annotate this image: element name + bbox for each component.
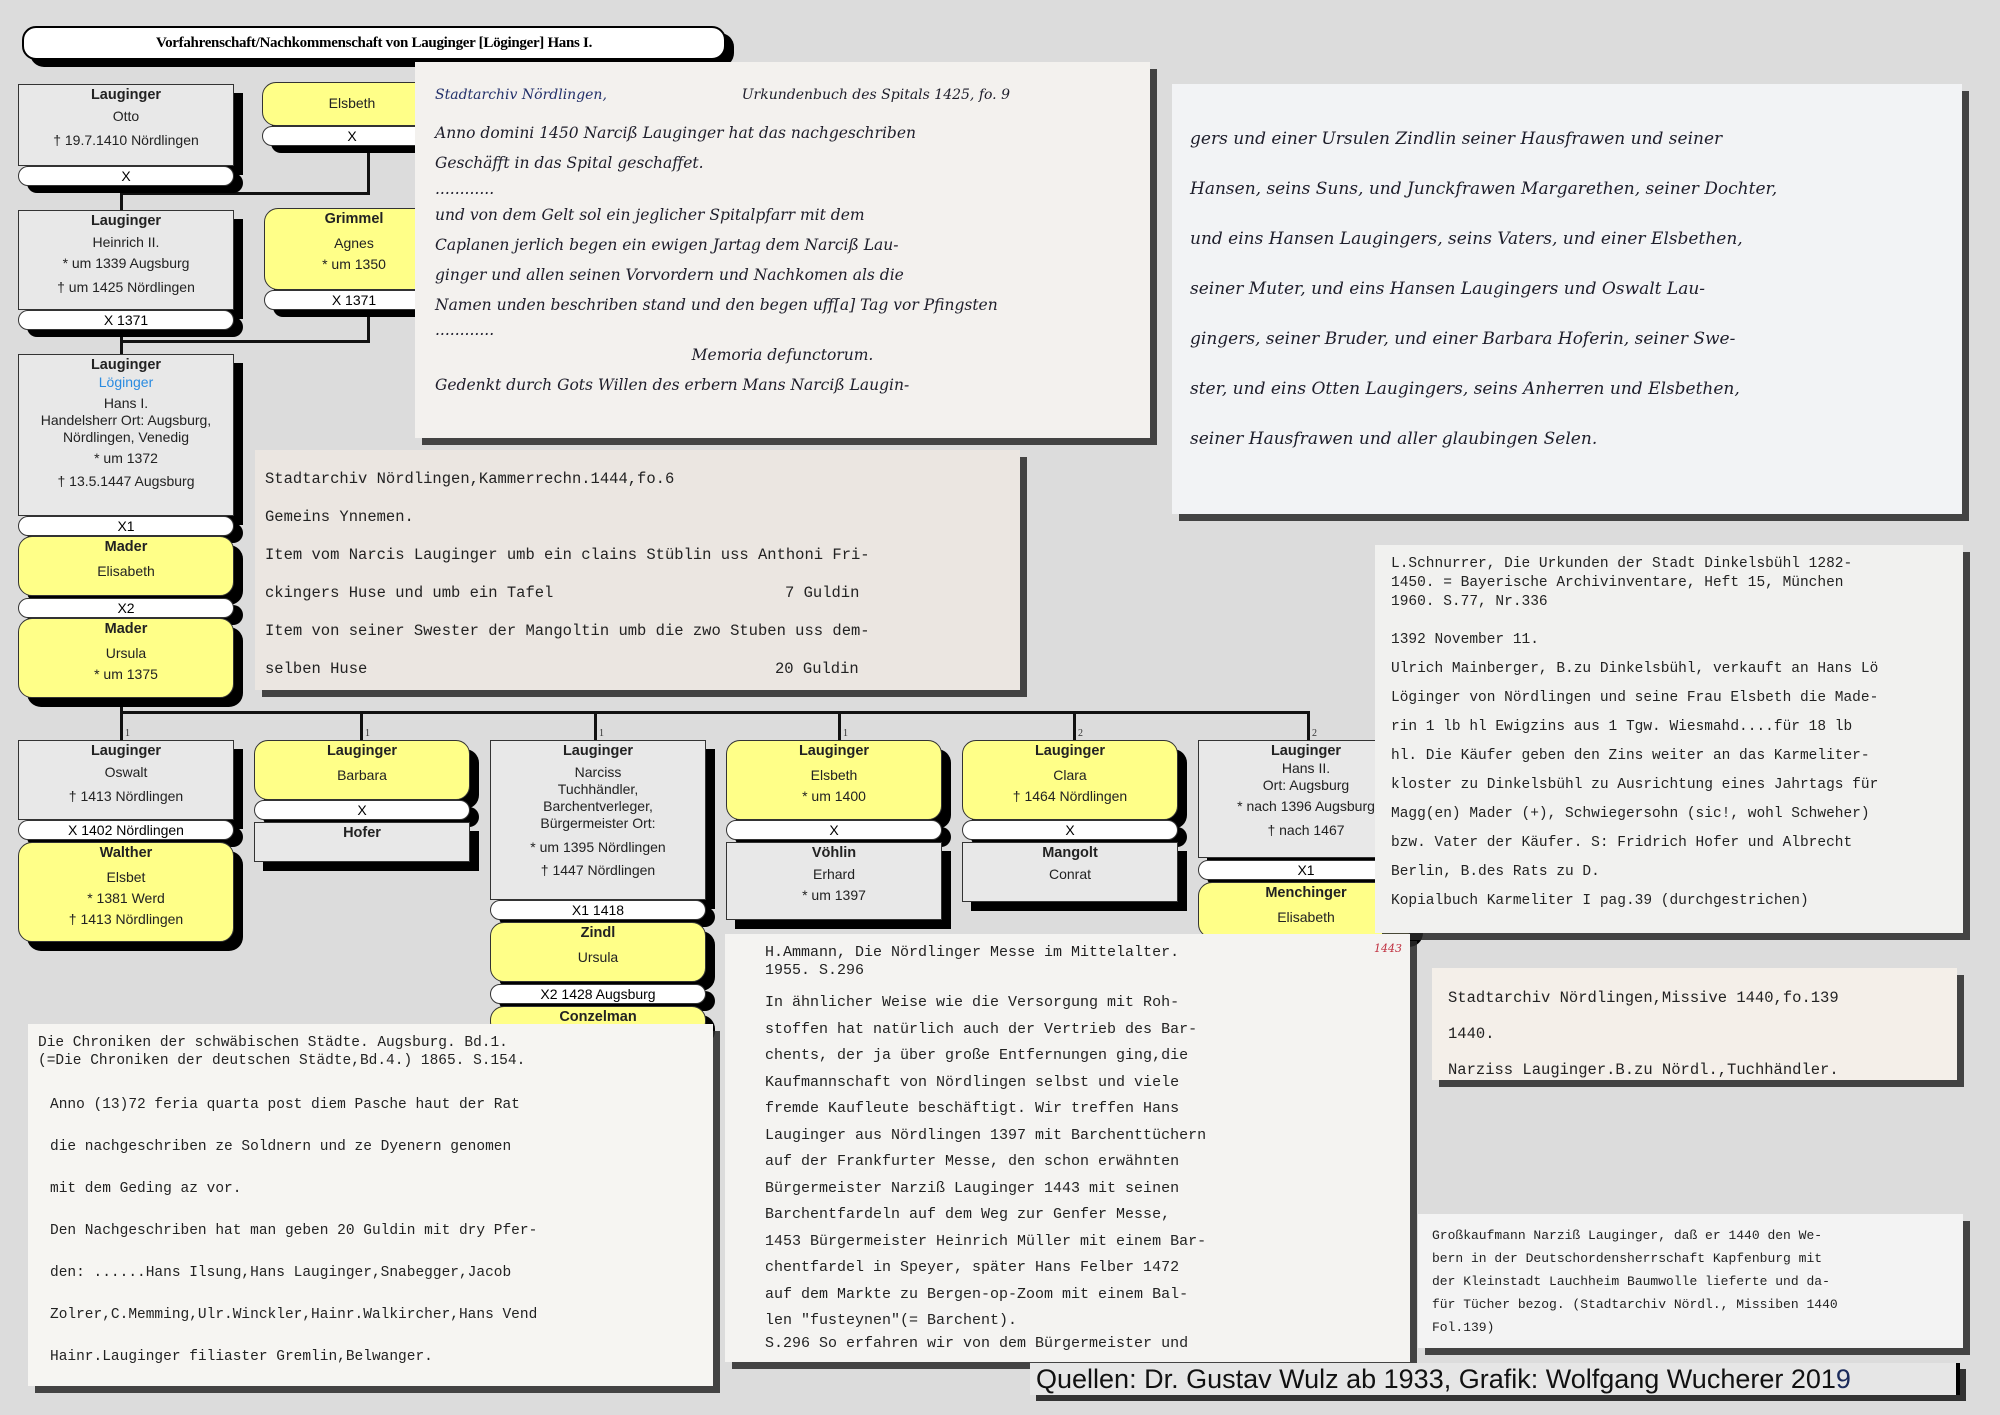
surname: Mader (19, 621, 233, 638)
doc-line: (=Die Chroniken der deutschen Städte,Bd.… (38, 1052, 703, 1070)
surname: Mader (19, 539, 233, 556)
given-name: Elsbeth (727, 767, 941, 784)
doc-line: Ulrich Mainberger, B.zu Dinkelsbühl, ver… (1391, 655, 1947, 684)
doc-line: Namen unden beschriben stand und den beg… (435, 290, 1130, 320)
doc-line: Hainr.Lauginger filiaster Gremlin,Belwan… (50, 1336, 703, 1378)
connector-line (838, 711, 841, 741)
doc-line: In ähnlicher Weise wie die Versorgung mi… (765, 990, 1390, 1017)
generation-label: 1 (365, 728, 370, 739)
marriage-pill: X (254, 800, 470, 820)
doc-line: Berlin, B.des Rats zu D. (1391, 858, 1947, 887)
death-date: † 1447 Nördlingen (491, 862, 705, 879)
birth-date: * um 1372 (19, 450, 233, 467)
doc-line: hl. Die Käufer geben den Zins weiter an … (1391, 742, 1947, 771)
doc-header-left: Stadtarchiv Nördlingen, (435, 80, 607, 110)
person-card-heinrich[interactable]: Lauginger Heinrich II. * um 1339 Augsbur… (18, 210, 234, 310)
doc-line: Lauginger aus Nördlingen 1397 mit Barche… (765, 1123, 1390, 1150)
person-card-mangolt[interactable]: Mangolt Conrat (962, 842, 1178, 902)
doc-line: seiner Muter, und eins Hansen Laugingers… (1190, 264, 1944, 314)
person-card-ursula-zindl[interactable]: Zindl Ursula (490, 922, 706, 982)
document-jahrtag-handwritten: Stadtarchiv Nördlingen, Urkundenbuch des… (415, 62, 1150, 438)
doc-line: Anno domini 1450 Narciß Lauginger hat da… (435, 118, 1130, 148)
connector-line (594, 711, 597, 741)
birth-date: * um 1339 Augsburg (19, 255, 233, 272)
occupation: Tuchhändler, Barchentverleger, Bürgermei… (491, 781, 705, 831)
doc-line: Barchentfardeln auf dem Weg zur Genfer M… (765, 1202, 1390, 1229)
doc-line: selben Huse20 Guldin (265, 650, 1010, 688)
doc-line: Gemeins Ynnemen. (265, 498, 1010, 536)
doc-line: Fol.139) (1432, 1316, 1949, 1339)
footer-text: Quellen: Dr. Gustav Wulz ab 1933, Grafik… (1036, 1364, 1836, 1394)
death-date: † 19.7.1410 Nördlingen (19, 132, 233, 149)
doc-line: den: ......Hans Ilsung,Hans Lauginger,Sn… (50, 1252, 703, 1294)
death-date: † 1464 Nördlingen (963, 788, 1177, 805)
document-chroniken: Die Chroniken der schwäbischen Städte. A… (28, 1024, 713, 1386)
doc-line: len "fusteynen"(= Barchent). (765, 1308, 1390, 1335)
doc-line: ............ (435, 178, 1130, 200)
given-name: Elisabeth (19, 563, 233, 580)
given-name: Otto (19, 108, 233, 125)
person-card-oswalt[interactable]: Lauginger Oswalt † 1413 Nördlingen (18, 740, 234, 820)
given-name: Hans I. (19, 395, 233, 412)
surname: Lauginger (19, 87, 233, 104)
given-name: Narciss (491, 764, 705, 781)
connector-line (1073, 711, 1076, 741)
generation-label: 2 (1078, 728, 1083, 739)
doc-line: und von dem Gelt sol ein jeglicher Spita… (435, 200, 1130, 230)
occupation: Handelsherr Ort: Augsburg, Nördlingen, V… (19, 412, 233, 446)
doc-line: 1440. (1448, 1016, 1941, 1052)
marriage-pill: X2 (18, 598, 234, 618)
birth-date: * um 1375 (19, 666, 233, 683)
connector-line (120, 711, 123, 741)
connector-line (120, 192, 370, 195)
doc-line: 1392 November 11. (1391, 626, 1947, 655)
document-grosskaufmann: Großkaufmann Narziß Lauginger, daß er 14… (1418, 1214, 1963, 1348)
doc-line: S.296 So erfahren wir von dem Bürgermeis… (765, 1335, 1390, 1353)
person-card-hans-i[interactable]: Lauginger Löginger Hans I. Handelsherr O… (18, 354, 234, 516)
person-card-narciss[interactable]: Lauginger Narciss Tuchhändler, Barchentv… (490, 740, 706, 900)
doc-line: Löginger von Nördlingen und seine Frau E… (1391, 684, 1947, 713)
given-name: Barbara (255, 767, 469, 784)
surname: Lauginger (727, 743, 941, 760)
connector-line (360, 711, 363, 741)
doc-text: selben Huse (265, 650, 775, 688)
document-missive: Stadtarchiv Nördlingen,Missive 1440,fo.1… (1432, 968, 1957, 1080)
birth-date: * um 1395 Nördlingen (491, 839, 705, 856)
doc-line: Magg(en) Mader (+), Schwiegersohn (sic!,… (1391, 800, 1947, 829)
doc-line: Kaufmannschaft von Nördlingen selbst und… (765, 1070, 1390, 1097)
doc-line: 1960. S.77, Nr.336 (1391, 593, 1947, 612)
surname: Walther (19, 845, 233, 862)
given-name: Erhard (727, 866, 941, 883)
doc-line: bern in der Deutschordensherrschaft Kapf… (1432, 1247, 1949, 1270)
doc-line: Hansen, seins Suns, und Junckfrawen Marg… (1190, 164, 1944, 214)
birth-date: * um 1400 (727, 788, 941, 805)
doc-header-right: Urkundenbuch des Spitals 1425, fo. 9 (742, 80, 1010, 110)
surname: Lauginger (255, 743, 469, 760)
doc-line: für Tücher bezog. (Stadtarchiv Nördl., M… (1432, 1293, 1949, 1316)
doc-line: ginger und allen seinen Vorvordern und N… (435, 260, 1130, 290)
connector-line (120, 340, 370, 343)
doc-line: ckingers Huse und umb ein Tafel7 Guldin (265, 574, 1010, 612)
page-title: Vorfahrenschaft/Nachkommenschaft von Lau… (22, 26, 726, 60)
alt-surname: Löginger (19, 374, 233, 391)
document-schnurrer: L.Schnurrer, Die Urkunden der Stadt Dink… (1375, 545, 1963, 933)
doc-line: gingers, seiner Bruder, und einer Barbar… (1190, 314, 1944, 364)
surname: Lauginger (19, 743, 233, 760)
doc-line: und eins Hansen Laugingers, seins Vaters… (1190, 214, 1944, 264)
doc-line: ............ (435, 320, 1130, 340)
person-card-hofer[interactable]: Hofer (254, 822, 470, 862)
doc-line: kloster zu Dinkelsbühl zu Ausrichtung ei… (1391, 771, 1947, 800)
connector-line (1307, 711, 1310, 741)
marriage-pill: X (726, 820, 942, 840)
death-date: † 13.5.1447 Augsburg (19, 473, 233, 490)
doc-line: Großkaufmann Narziß Lauginger, daß er 14… (1432, 1224, 1949, 1247)
surname: Hofer (255, 825, 469, 842)
doc-line: fremde Kaufleute beschäftigt. Wir treffe… (765, 1096, 1390, 1123)
marriage-pill: X2 1428 Augsburg (490, 984, 706, 1004)
person-card-ursula-mader[interactable]: Mader Ursula * um 1375 (18, 618, 234, 698)
doc-line: Die Chroniken der schwäbischen Städte. A… (38, 1034, 703, 1052)
doc-line: Stadtarchiv Nördlingen,Missive 1440,fo.1… (1448, 980, 1941, 1016)
doc-line: 1955. S.296 (765, 962, 1390, 980)
person-card-clara[interactable]: Lauginger Clara † 1464 Nördlingen (962, 740, 1178, 820)
person-card-elisabeth-mader[interactable]: Mader Elisabeth (18, 536, 234, 596)
marriage-pill: X 1402 Nördlingen (18, 820, 234, 840)
doc-line: Gedenkt durch Gots Willen des erbern Man… (435, 370, 1130, 400)
surname: Lauginger (19, 213, 233, 230)
surname: Mangolt (963, 845, 1177, 862)
given-name: Ursula (19, 645, 233, 662)
doc-line: 1450. = Bayerische Archivinventare, Heft… (1391, 574, 1947, 593)
doc-line: bzw. Vater der Käufer. S: Fridrich Hofer… (1391, 829, 1947, 858)
doc-line: stoffen hat natürlich auch der Vertrieb … (765, 1017, 1390, 1044)
generation-label: 2 (1312, 728, 1317, 739)
person-card-elsbeth-child[interactable]: Lauginger Elsbeth * um 1400 (726, 740, 942, 820)
doc-line: Narziss Lauginger.B.zu Nördl.,Tuchhändle… (1448, 1052, 1941, 1080)
marriage-pill: X1 (18, 516, 234, 536)
connector-line (367, 146, 370, 194)
birth-date: * 1381 Werd (19, 890, 233, 907)
generation-label: 1 (599, 728, 604, 739)
doc-line: die nachgeschriben ze Soldnern und ze Dy… (50, 1126, 703, 1168)
surname: Vöhlin (727, 845, 941, 862)
doc-line: auf der Frankfurter Messe, den schon erw… (765, 1149, 1390, 1176)
doc-line: ster, und eins Otten Laugingers, seins A… (1190, 364, 1944, 414)
marriage-pill: X1 1418 (490, 900, 706, 920)
given-name: Elsbet (19, 869, 233, 886)
footer-last-digit: 9 (1836, 1364, 1851, 1394)
doc-line: Geschäfft in das Spital geschaffet. (435, 148, 1130, 178)
doc-line: Anno (13)72 feria quarta post diem Pasch… (50, 1084, 703, 1126)
doc-line: Item von seiner Swester der Mangoltin um… (265, 612, 1010, 650)
document-ammann: 1443 H.Ammann, Die Nördlinger Messe im M… (725, 934, 1410, 1362)
doc-line: seiner Hausfrawen und aller glaubingen S… (1190, 414, 1944, 464)
margin-note: 1443 (1374, 940, 1402, 958)
given-name: Conrat (963, 866, 1177, 883)
amount: 20 Guldin (775, 650, 859, 688)
birth-date: * um 1397 (727, 887, 941, 904)
death-date: † 1413 Nördlingen (19, 788, 233, 805)
generation-label: 1 (125, 728, 130, 739)
doc-line: H.Ammann, Die Nördlinger Messe im Mittel… (765, 944, 1390, 962)
surname: Lauginger (19, 357, 233, 374)
doc-line: rin 1 lb hl Ewigzins aus 1 Tgw. Wiesmahd… (1391, 713, 1947, 742)
doc-line: Den Nachgeschriben hat man geben 20 Guld… (50, 1210, 703, 1252)
doc-line: gers und einer Ursulen Zindlin seiner Ha… (1190, 114, 1944, 164)
person-card-otto[interactable]: Lauginger Otto † 19.7.1410 Nördlingen (18, 84, 234, 166)
death-date: † um 1425 Nördlingen (19, 279, 233, 296)
doc-line: Memoria defunctorum. (435, 340, 1130, 370)
doc-line: Bürgermeister Narziß Lauginger 1443 mit … (765, 1176, 1390, 1203)
doc-text: ckingers Huse und umb ein Tafel (265, 574, 785, 612)
marriage-pill: X 1371 (18, 310, 234, 330)
doc-line: L.Schnurrer, Die Urkunden der Stadt Dink… (1391, 555, 1947, 574)
sources-footer: Quellen: Dr. Gustav Wulz ab 1933, Grafik… (1030, 1363, 1960, 1395)
surname: Lauginger (491, 743, 705, 760)
death-date: † 1413 Nördlingen (19, 911, 233, 928)
amount: 7 Guldin (785, 574, 859, 612)
surname: Lauginger (963, 743, 1177, 760)
document-kammerrechnung: Stadtarchiv Nördlingen,Kammerrechn.1444,… (255, 450, 1020, 690)
doc-line: Item vom Narcis Lauginger umb ein clains… (265, 536, 1010, 574)
title-text: Vorfahrenschaft/Nachkommenschaft von Lau… (156, 35, 592, 52)
person-card-barbara[interactable]: Lauginger Barbara (254, 740, 470, 800)
person-card-voehlin[interactable]: Vöhlin Erhard * um 1397 (726, 842, 942, 920)
marriage-pill: X (18, 166, 234, 186)
surname: Zindl (491, 925, 705, 942)
document-jahrtag-handwritten-2: gers und einer Ursulen Zindlin seiner Ha… (1172, 84, 1962, 514)
doc-line: Stadtarchiv Nördlingen,Kammerrechn.1444,… (265, 460, 1010, 498)
doc-line: Zolrer,C.Memming,Ulr.Winckler,Hainr.Walk… (50, 1294, 703, 1336)
doc-header: Stadtarchiv Nördlingen, Urkundenbuch des… (435, 80, 1130, 110)
person-card-elsbet-walther[interactable]: Walther Elsbet * 1381 Werd † 1413 Nördli… (18, 842, 234, 942)
marriage-pill: X (962, 820, 1178, 840)
doc-line: 1453 Bürgermeister Heinrich Müller mit e… (765, 1229, 1390, 1256)
given-name: Ursula (491, 949, 705, 966)
doc-line: mit dem Geding az vor. (50, 1168, 703, 1210)
doc-line: der Kleinstadt Lauchheim Baumwolle liefe… (1432, 1270, 1949, 1293)
doc-line: auf dem Markte zu Bergen-op-Zoom mit ein… (765, 1282, 1390, 1309)
generation-label: 1 (843, 728, 848, 739)
doc-line: chents, der ja über große Entfernungen g… (765, 1043, 1390, 1070)
doc-line: Kopialbuch Karmeliter I pag.39 (durchges… (1391, 887, 1947, 916)
given-name: Oswalt (19, 764, 233, 781)
doc-line: Caplanen jerlich begen ein ewigen Jartag… (435, 230, 1130, 260)
connector-line (120, 711, 1310, 714)
given-name: Clara (963, 767, 1177, 784)
doc-line: chentfardel in Speyer, später Hans Felbe… (765, 1255, 1390, 1282)
given-name: Heinrich II. (19, 234, 233, 251)
